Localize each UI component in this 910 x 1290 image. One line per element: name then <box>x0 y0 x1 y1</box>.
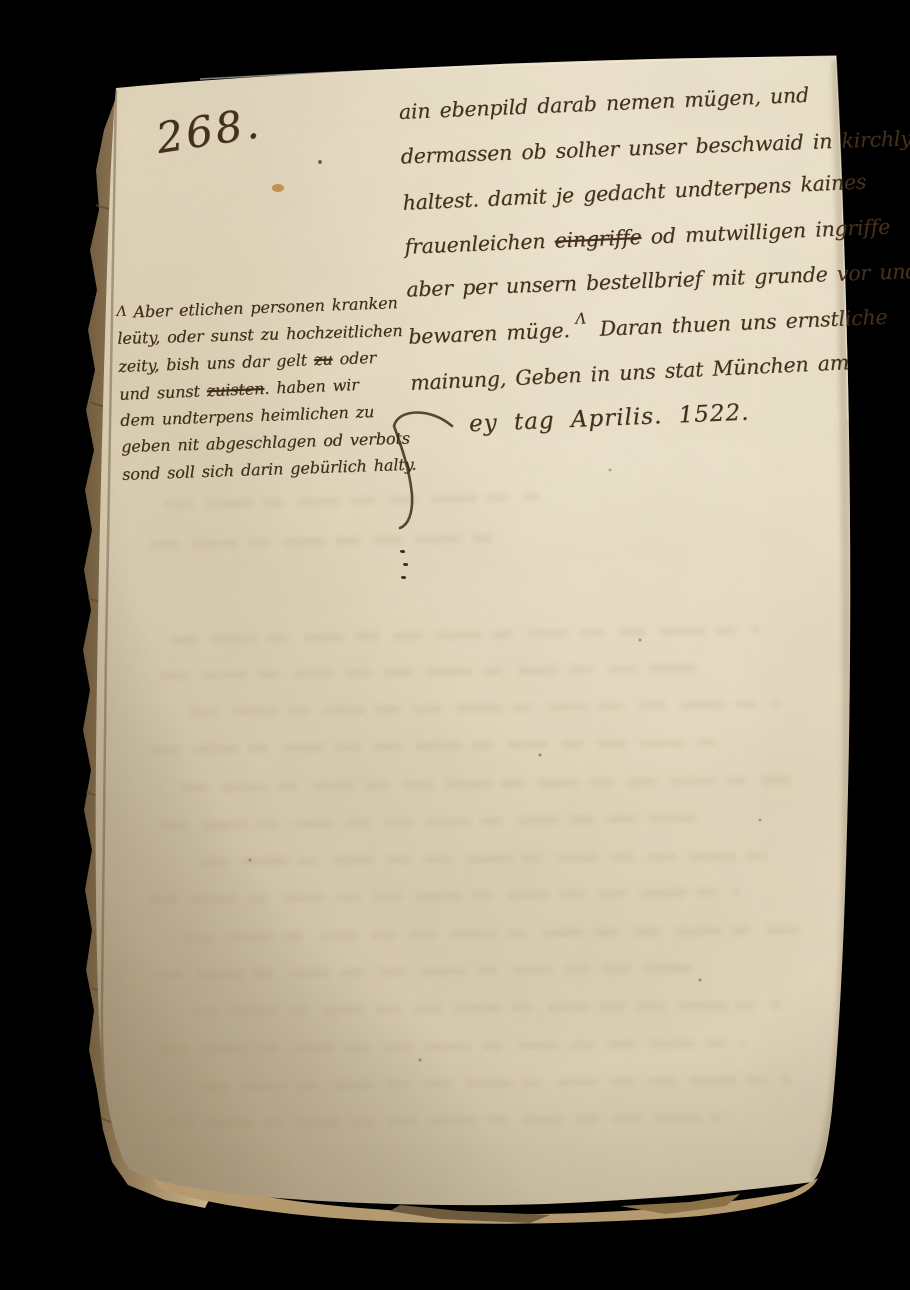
manuscript-photo: 268. ain ebenpild darab nemen mügen, und… <box>0 0 910 1290</box>
struck-word: zu <box>314 349 333 369</box>
line-text: geben nit abgeschlagen od verbots <box>121 429 410 457</box>
line-text: oder <box>332 348 376 369</box>
struck-word: eingriffe <box>554 225 642 253</box>
line-text: Daran thuen uns ernstliche <box>590 305 888 341</box>
line-text: Aber etlichen personen kranken <box>133 293 398 321</box>
line-text: frauenleichen <box>404 229 555 259</box>
struck-word: zuisten <box>206 379 264 400</box>
insertion-marker: Λ <box>116 299 127 326</box>
ink-specks <box>400 550 412 589</box>
marginal-note-block: ΛAber etlichen personen kranken leüty, o… <box>116 289 422 488</box>
line-text: zeity, bish uns dar gelt <box>118 350 314 376</box>
line-text: leüty, oder sunst zu hochzeitlichen <box>117 321 403 348</box>
line-text: od mutwilligen ingriffe <box>641 215 891 249</box>
main-text-block: ain ebenpild darab nemen mügen, und derm… <box>398 71 873 450</box>
line-text: aber per unsern bestellbrief mit grunde … <box>406 259 910 302</box>
insertion-caret: Λ <box>574 296 587 341</box>
line-text: mainung, Geben in uns stat München am <box>410 350 850 395</box>
line-text: bewaren müge. <box>408 318 570 349</box>
line-text: ey tag Aprilis. 1522. <box>469 400 750 438</box>
line-text: . haben wir <box>264 375 359 398</box>
line-text: und sunst <box>119 381 207 404</box>
line-text: ain ebenpild darab nemen mügen, und <box>398 83 809 124</box>
